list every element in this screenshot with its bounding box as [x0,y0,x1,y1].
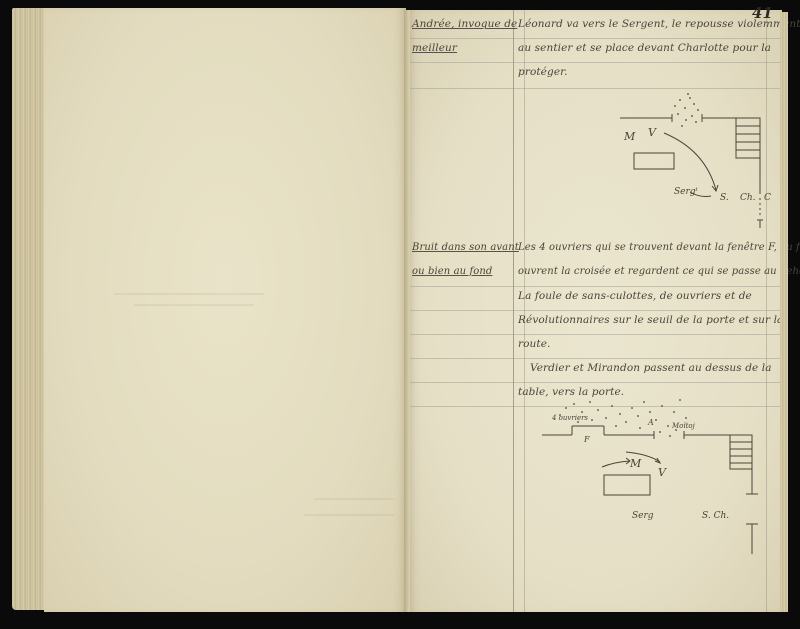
entry-2-direction-line-2: ouvrent la croisée et regardent ce qui s… [518,266,800,277]
entry-2-direction-line-1: Les 4 ouvriers qui se trouvent devant la… [518,242,800,253]
diagram-1-label-v: V [648,126,657,139]
diagram-1-label-ch: Ch. [740,193,756,203]
diagram-1-label-m: M [623,130,636,143]
left-page-edges [12,8,48,610]
bleed-through-mark [314,498,394,500]
right-page: 41 Andrée, invoque de meilleur Léonard v… [410,10,782,612]
entry-2-direction-line-6b: Verdier et Mirandon passent au dessus de… [530,362,772,374]
entry-2-cue-line-2: ou bien au fond [412,266,492,277]
ruled-line [410,382,782,383]
ruled-line [410,88,782,89]
ruled-line [410,358,782,359]
ruled-line [410,310,782,311]
diagram-2-label-a: A [647,418,654,427]
ruled-line [410,334,782,335]
right-page-edges [780,12,788,612]
entry-1-direction-line-1: Léonard va vers le Sergent, le repousse … [518,18,800,30]
diagram-2-label-s-ch: S. Ch. [702,511,729,521]
diagram-2-label-people: Moïtoj [671,422,696,430]
entry-2-cue-line-1: Bruit dans son avant [412,242,519,253]
bleed-through-mark [134,304,254,306]
ruled-line [410,62,782,63]
bleed-through-mark [114,293,264,295]
entry-2-direction-line-5: route. [518,338,550,350]
entry-1-stage-diagram: M V Sergᵗ S. Ch. C [510,90,782,250]
entry-1-direction-line-3: protéger. [518,66,568,78]
bleed-through-mark [304,514,394,516]
diagram-1-label-sergent: Sergᵗ [674,187,699,197]
entry-1-direction-line-2: au sentier et se place devant Charlotte … [518,42,771,54]
entry-2-direction-line-3: La foule de sans-culottes, de ouvriers e… [518,290,752,302]
open-notebook: 41 Andrée, invoque de meilleur Léonard v… [0,0,800,629]
diagram-1-label-c: C [764,193,771,203]
entry-2-stage-diagram: 4 ouvriers F A Moïtoj M V Serg S. Ch. [530,390,790,560]
entry-1-cue-line-2: meilleur [412,42,457,54]
left-page [44,8,406,612]
entry-2-direction-line-4: Révolutionnaires sur le seuil de la port… [518,314,783,326]
diagram-1-label-s: S. [720,193,729,203]
ruled-line [410,38,782,39]
diagram-2-label-v: V [658,466,667,479]
diagram-2-label-sergent: Serg [632,511,654,521]
entry-1-cue-line-1: Andrée, invoque de [412,18,517,30]
diagram-2-label-ouvriers: 4 ouvriers [551,414,588,422]
diagram-2-label-f: F [583,435,590,444]
diagram-2-label-m: M [629,457,642,470]
ruled-line [410,286,782,287]
